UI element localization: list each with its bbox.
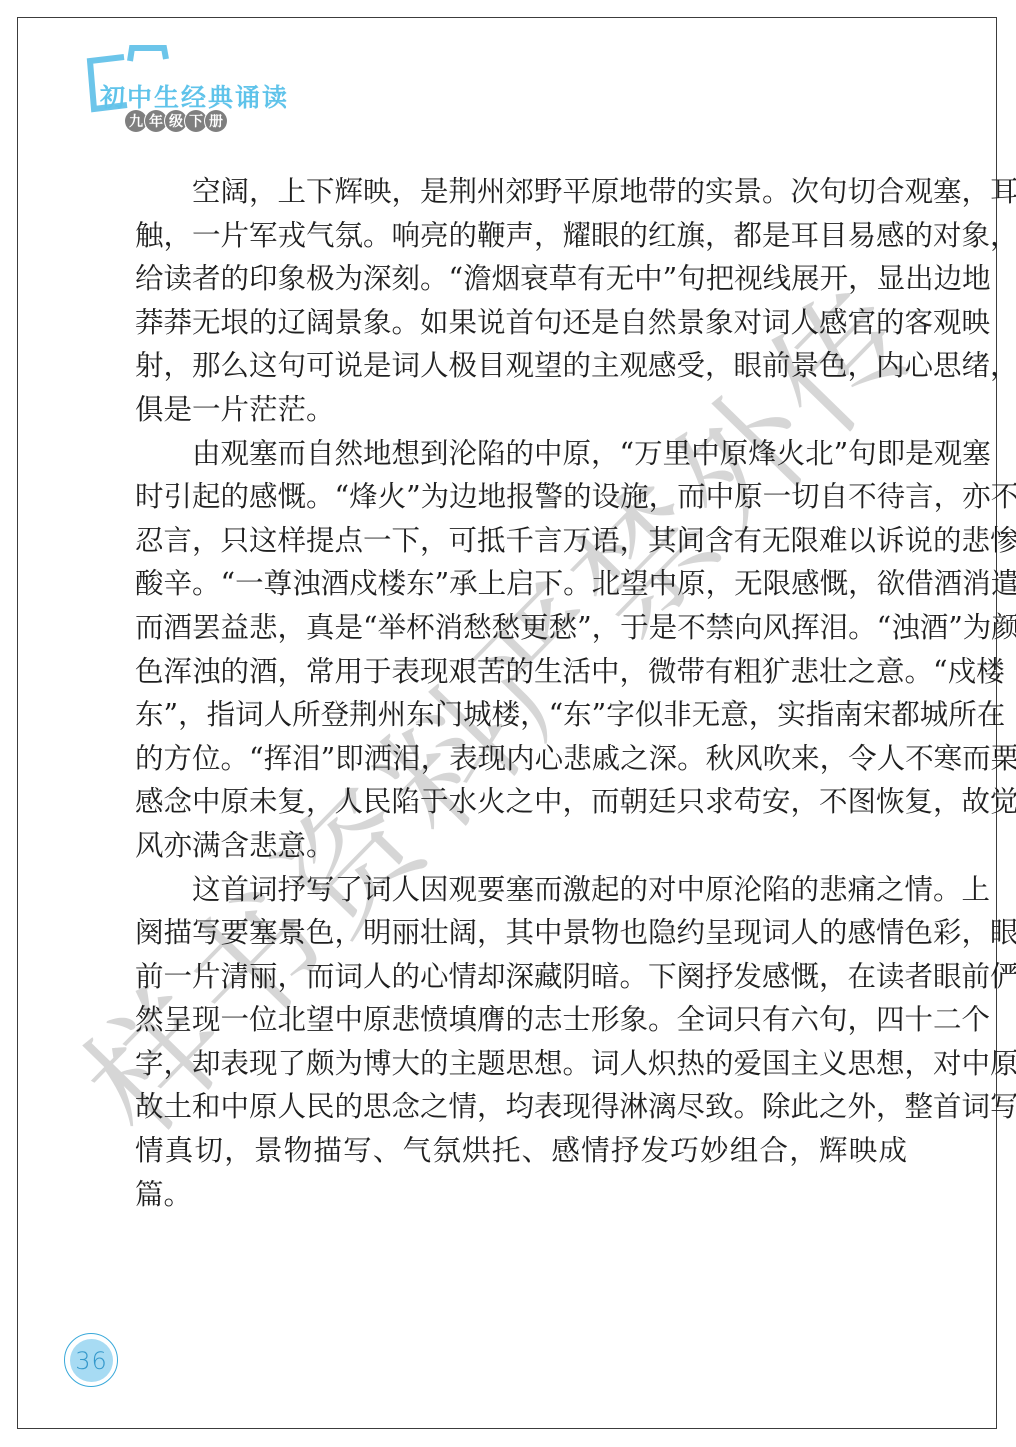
text-line: 感念中原未复，人民陷于水火之中，而朝廷只求苟安，不图恢复，故觉 bbox=[135, 780, 907, 824]
text-line: 然呈现一位北望中原悲愤填膺的志士形象。全词只有六句，四十二个 bbox=[135, 998, 907, 1042]
book-page: 初中生经典诵读 九年级下册 样书资料严禁外传 空阔，上下辉映，是荆州郊野平原地带… bbox=[0, 0, 1016, 1447]
volume-badge-char: 下 bbox=[185, 110, 207, 132]
text-line: 忍言，只这样提点一下，可抵千言万语，其间含有无限难以诉说的悲惨 bbox=[135, 519, 907, 563]
text-line: 触，一片军戎气氛。响亮的鞭声，耀眼的红旗，都是耳目易感的对象，故 bbox=[135, 214, 907, 258]
volume-badge-char: 册 bbox=[205, 110, 227, 132]
text-line: 风亦满含悲意。 bbox=[135, 824, 907, 868]
volume-badge-char: 年 bbox=[145, 110, 167, 132]
page-number-badge: 36 bbox=[64, 1333, 119, 1388]
header-logo: 初中生经典诵读 九年级下册 bbox=[80, 44, 340, 124]
volume-badge: 九年级下册 bbox=[127, 110, 227, 132]
text-line: 前一片清丽，而词人的心情却深藏阴暗。下阕抒发感慨，在读者眼前俨 bbox=[135, 955, 907, 999]
text-line: 这首词抒写了词人因观要塞而激起的对中原沦陷的悲痛之情。上 bbox=[135, 868, 907, 912]
text-line: 的方位。“挥泪”即洒泪，表现内心悲戚之深。秋风吹来，令人不寒而栗， bbox=[135, 737, 907, 781]
text-line: 射，那么这句可说是词人极目观望的主观感受，眼前景色，内心思绪， bbox=[135, 344, 907, 388]
text-line: 空阔，上下辉映，是荆州郊野平原地带的实景。次句切合观塞，耳目所 bbox=[135, 170, 907, 214]
text-line: 故土和中原人民的思念之情，均表现得淋漓尽致。除此之外，整首词写 bbox=[135, 1085, 907, 1129]
series-title: 初中生经典诵读 bbox=[100, 78, 289, 114]
volume-badge-char: 级 bbox=[165, 110, 187, 132]
text-line: 色浑浊的酒，常用于表现艰苦的生活中，微带有粗犷悲壮之意。“戍楼 bbox=[135, 650, 907, 694]
text-line: 俱是一片茫茫。 bbox=[135, 388, 907, 432]
text-line: 由观塞而自然地想到沦陷的中原，“万里中原烽火北”句即是观塞 bbox=[135, 432, 907, 476]
page-number: 36 bbox=[64, 1333, 119, 1388]
paragraph: 这首词抒写了词人因观要塞而激起的对中原沦陷的悲痛之情。上阕描写要塞景色，明丽壮阔… bbox=[135, 868, 907, 1173]
text-line: 阕描写要塞景色，明丽壮阔，其中景物也隐约呈现词人的感情色彩，眼 bbox=[135, 911, 907, 955]
text-line: 给读者的印象极为深刻。“澹烟衰草有无中”句把视线展开，显出边地 bbox=[135, 257, 907, 301]
paragraph: 空阔，上下辉映，是荆州郊野平原地带的实景。次句切合观塞，耳目所触，一片军戎气氛。… bbox=[135, 170, 907, 432]
paragraph: 由观塞而自然地想到沦陷的中原，“万里中原烽火北”句即是观塞时引起的感慨。“烽火”… bbox=[135, 432, 907, 868]
text-line: 酸辛。“一尊浊酒戍楼东”承上启下。北望中原，无限感慨，欲借酒消遣， bbox=[135, 562, 907, 606]
text-line: 情真切，景物描写、气氛烘托、感情抒发巧妙组合，辉映成篇。 bbox=[135, 1129, 907, 1173]
text-line: 时引起的感慨。“烽火”为边地报警的设施，而中原一切自不待言，亦不 bbox=[135, 475, 907, 519]
text-line: 字，却表现了颇为博大的主题思想。词人炽热的爱国主义思想，对中原 bbox=[135, 1042, 907, 1086]
text-line: 而酒罢益悲，真是“举杯消愁愁更愁”，于是不禁向风挥泪。“浊酒”为颜 bbox=[135, 606, 907, 650]
volume-badge-char: 九 bbox=[125, 110, 147, 132]
text-line: 莽莽无垠的辽阔景象。如果说首句还是自然景象对词人感官的客观映 bbox=[135, 301, 907, 345]
text-line: 东”，指词人所登荆州东门城楼，“东”字似非无意，实指南宋都城所在 bbox=[135, 693, 907, 737]
body-text: 空阔，上下辉映，是荆州郊野平原地带的实景。次句切合观塞，耳目所触，一片军戎气氛。… bbox=[135, 170, 907, 1173]
